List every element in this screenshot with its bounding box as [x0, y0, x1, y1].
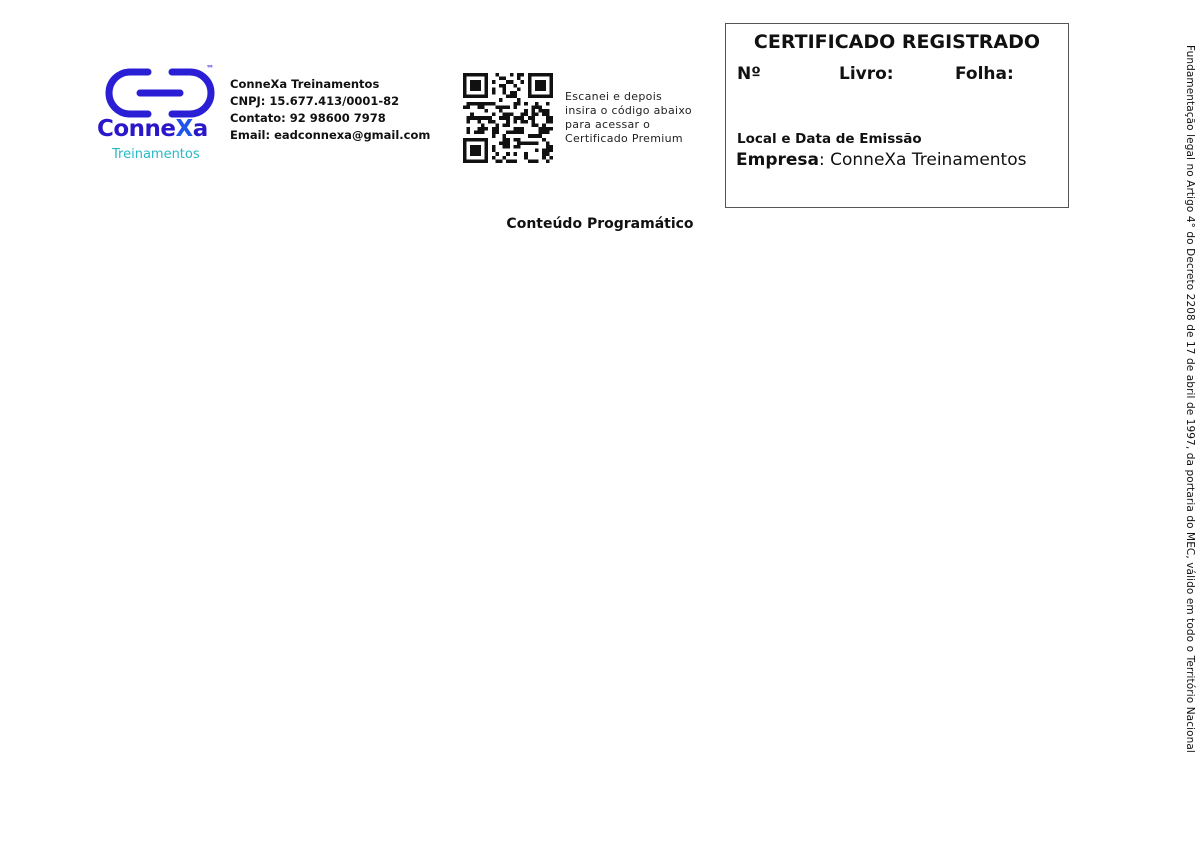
legal-note: Fundamentação legal no Artigo 4° do Decr…	[1184, 45, 1196, 753]
company-name: ConneXa Treinamentos	[230, 76, 430, 93]
qr-code-icon[interactable]	[463, 73, 553, 163]
chain-link-icon	[104, 66, 216, 122]
registration-book-label: Livro:	[839, 64, 894, 84]
registration-company: Empresa: ConneXa Treinamentos	[736, 150, 1026, 170]
registration-page-label: Folha:	[955, 64, 1014, 84]
company-cnpj: CNPJ: 15.677.413/0001-82	[230, 93, 430, 110]
registration-number-label: Nº	[737, 64, 761, 84]
trademark-symbol: ™	[206, 64, 214, 73]
company-logo: ™ ConneXa Treinamentos	[96, 64, 226, 168]
brand-name: ConneXa	[97, 116, 208, 142]
brand-subtitle: Treinamentos	[112, 147, 200, 162]
qr-instructions: Escanei e depois insira o código abaixo …	[565, 90, 692, 146]
company-email: Email: eadconnexa@gmail.com	[230, 127, 430, 144]
registration-box: CERTIFICADO REGISTRADO Nº Livro: Folha: …	[725, 23, 1069, 208]
section-title: Conteúdo Programático	[0, 216, 1200, 232]
company-info: ConneXa Treinamentos CNPJ: 15.677.413/00…	[230, 76, 430, 144]
company-contact: Contato: 92 98600 7978	[230, 110, 430, 127]
registration-title: CERTIFICADO REGISTRADO	[726, 31, 1068, 53]
local-date-label: Local e Data de Emissão	[737, 131, 922, 147]
